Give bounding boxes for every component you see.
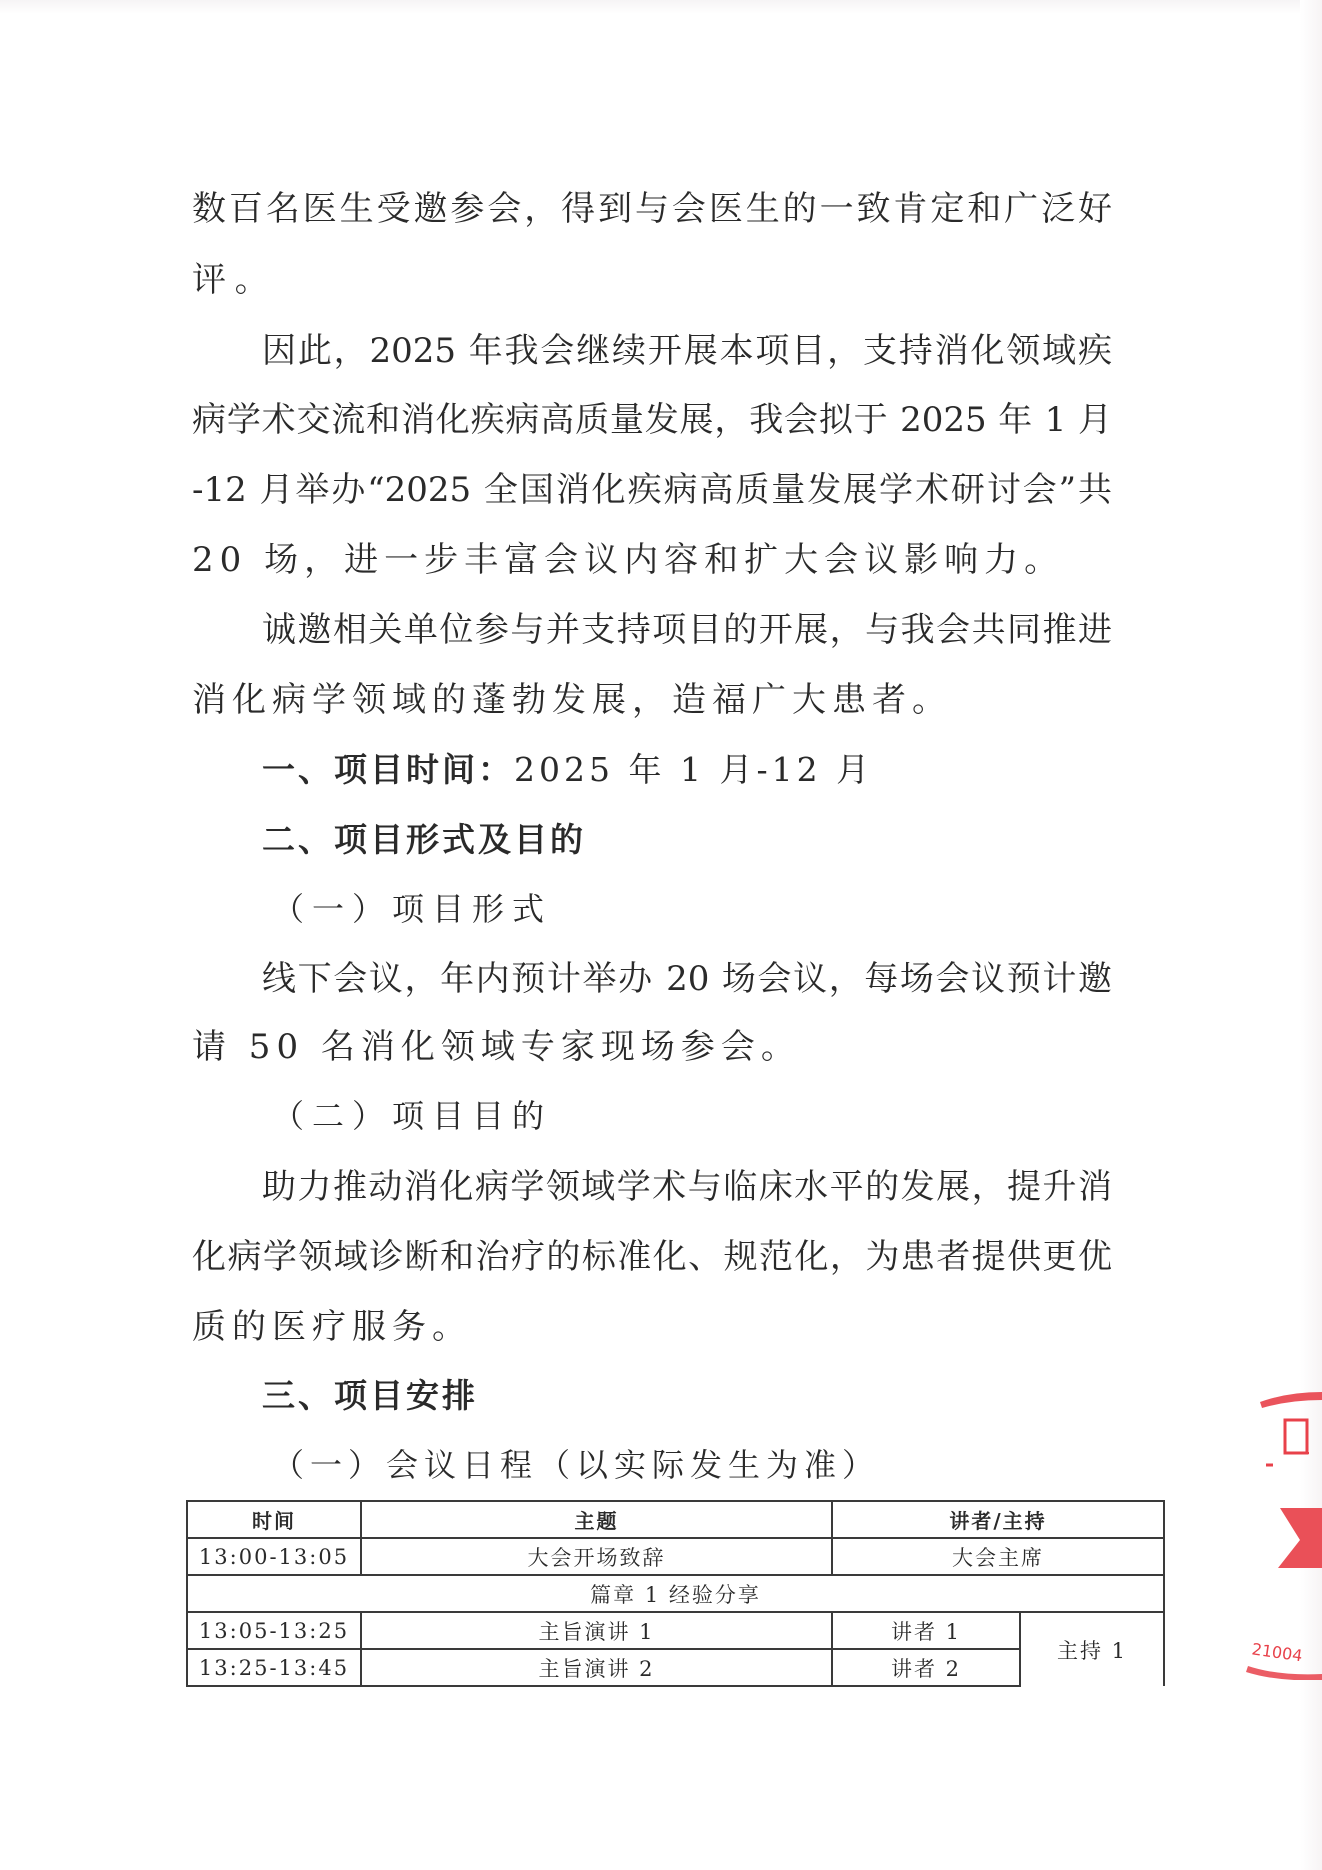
paragraph-line: -12 月举办“2025 全国消化疾病高质量发展学术研讨会”共 (192, 468, 1112, 512)
section-heading-label: 一、项目时间： (262, 750, 514, 789)
table-header-row: 时间 主题 讲者/主持 (187, 1501, 1164, 1538)
cell-topic: 主旨演讲 2 (361, 1649, 832, 1686)
scan-shadow-top (0, 0, 1322, 14)
cell-speaker: 讲者 2 (832, 1649, 1020, 1686)
cell-time: 13:05-13:25 (187, 1612, 361, 1649)
schedule-table: 时间 主题 讲者/主持 13:00-13:05 大会开场致辞 大会主席 篇章 1… (186, 1500, 1165, 1687)
cell-speaker: 大会主席 (832, 1538, 1164, 1575)
subsection-heading-form: （一）项目形式 (272, 887, 1192, 931)
cell-topic: 主旨演讲 1 (361, 1612, 832, 1649)
project-time-value: 2025 年 1 月-12 月 (514, 750, 873, 789)
paragraph-line: 病学术交流和消化疾病高质量发展，我会拟于 2025 年 1 月 (192, 398, 1112, 442)
table-chapter-row: 篇章 1 经验分享 (187, 1575, 1164, 1612)
paragraph-line: 因此，2025 年我会继续开展本项目，支持消化领域疾 (262, 329, 1112, 373)
paragraph-line: 化病学领域诊断和治疗的标准化、规范化，为患者提供更优 (192, 1235, 1112, 1279)
official-seal-stamp: 21004 (1238, 1380, 1322, 1680)
cell-topic: 大会开场致辞 (361, 1538, 832, 1575)
paragraph-line: 诚邀相关单位参与并支持项目的开展，与我会共同推进 (262, 608, 1112, 652)
section-heading-form-purpose: 二、项目形式及目的 (262, 818, 1182, 862)
header-topic: 主题 (361, 1501, 832, 1538)
table-row: 13:25-13:45 主旨演讲 2 讲者 2 (187, 1649, 1164, 1686)
paragraph-line: 数百名医生受邀参会，得到与会医生的一致肯定和广泛好 (192, 187, 1112, 231)
cell-host: 主持 1 (1020, 1612, 1164, 1686)
subsection-heading-purpose: （二）项目目的 (272, 1094, 1192, 1138)
paragraph-line: 评。 (192, 258, 1112, 302)
paragraph-line: 20 场，进一步丰富会议内容和扩大会议影响力。 (192, 538, 1112, 582)
svg-text:21004: 21004 (1251, 1639, 1304, 1665)
subsection-heading-schedule: （一）会议日程（以实际发生为准） (272, 1443, 1192, 1487)
cell-time: 13:25-13:45 (187, 1649, 361, 1686)
seal-icon: 21004 (1238, 1380, 1322, 1680)
paragraph-line: 助力推动消化病学领域学术与临床水平的发展，提升消 (262, 1165, 1112, 1209)
paragraph-line: 请 50 名消化领域专家现场参会。 (192, 1025, 1112, 1069)
paragraph-line: 消化病学领域的蓬勃发展，造福广大患者。 (192, 678, 1112, 722)
cell-time: 13:00-13:05 (187, 1538, 361, 1575)
header-time: 时间 (187, 1501, 361, 1538)
section-heading-time: 一、项目时间：2025 年 1 月-12 月 (262, 748, 1182, 792)
paragraph-line: 质的医疗服务。 (192, 1305, 1112, 1349)
table-row: 13:00-13:05 大会开场致辞 大会主席 (187, 1538, 1164, 1575)
cell-speaker: 讲者 1 (832, 1612, 1020, 1649)
paragraph-line: 线下会议，年内预计举办 20 场会议，每场会议预计邀 (262, 957, 1112, 1001)
section-heading-arrangement: 三、项目安排 (262, 1374, 1182, 1418)
table-row: 13:05-13:25 主旨演讲 1 讲者 1 主持 1 (187, 1612, 1164, 1649)
cell-chapter: 篇章 1 经验分享 (187, 1575, 1164, 1612)
header-speaker-host: 讲者/主持 (832, 1501, 1164, 1538)
